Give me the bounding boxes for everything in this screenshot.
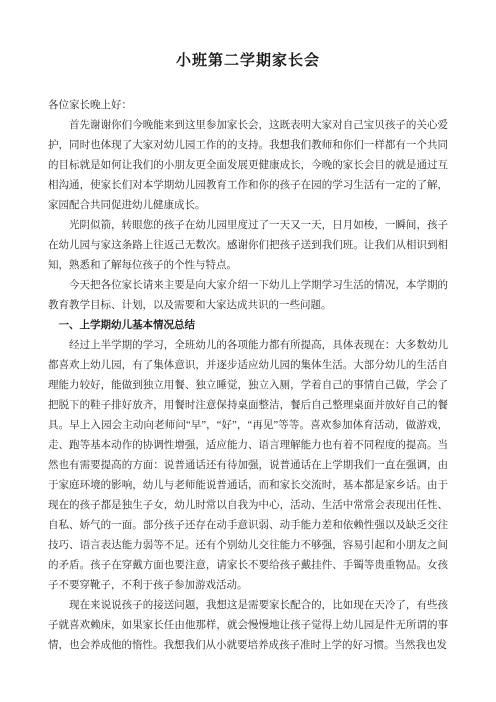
paragraph-time-flies: 光阴似箭，转眼您的孩子在幼儿园里度过了一天又一天，日月如梭，一瞬间，孩子在幼儿园… bbox=[48, 216, 448, 276]
document-body: 各位家长晚上好： 首先谢谢你们今晚能来到这里参加家长会，这既表明大家对自己宝贝孩… bbox=[48, 96, 448, 656]
greeting-line: 各位家长晚上好： bbox=[48, 96, 448, 116]
paragraph-children-progress-summary: 经过上半学期的学习，全班幼儿的各项能力都有所提高，具体表现在：大多数幼儿都喜欢上… bbox=[48, 336, 448, 596]
paragraph-pickup-dropoff-issue: 现在来说说孩子的接送问题，我想这是需要家长配合的，比如现在天冷了，有些孩子就喜欢… bbox=[48, 596, 448, 656]
paragraph-meeting-purpose: 今天把各位家长请来主要是向大家介绍一下幼儿上学期学习生活的情况，本学期的教育教学… bbox=[48, 276, 448, 316]
section-heading-last-semester-summary: 一、上学期幼儿基本情况总结 bbox=[48, 316, 448, 336]
document-page: 小班第二学期家长会 各位家长晚上好： 首先谢谢你们今晚能来到这里参加家长会，这既… bbox=[0, 0, 496, 702]
document-title: 小班第二学期家长会 bbox=[48, 50, 448, 72]
paragraph-thanks-intro: 首先谢谢你们今晚能来到这里参加家长会，这既表明大家对自己宝贝孩子的关心爱护，同时… bbox=[48, 116, 448, 216]
